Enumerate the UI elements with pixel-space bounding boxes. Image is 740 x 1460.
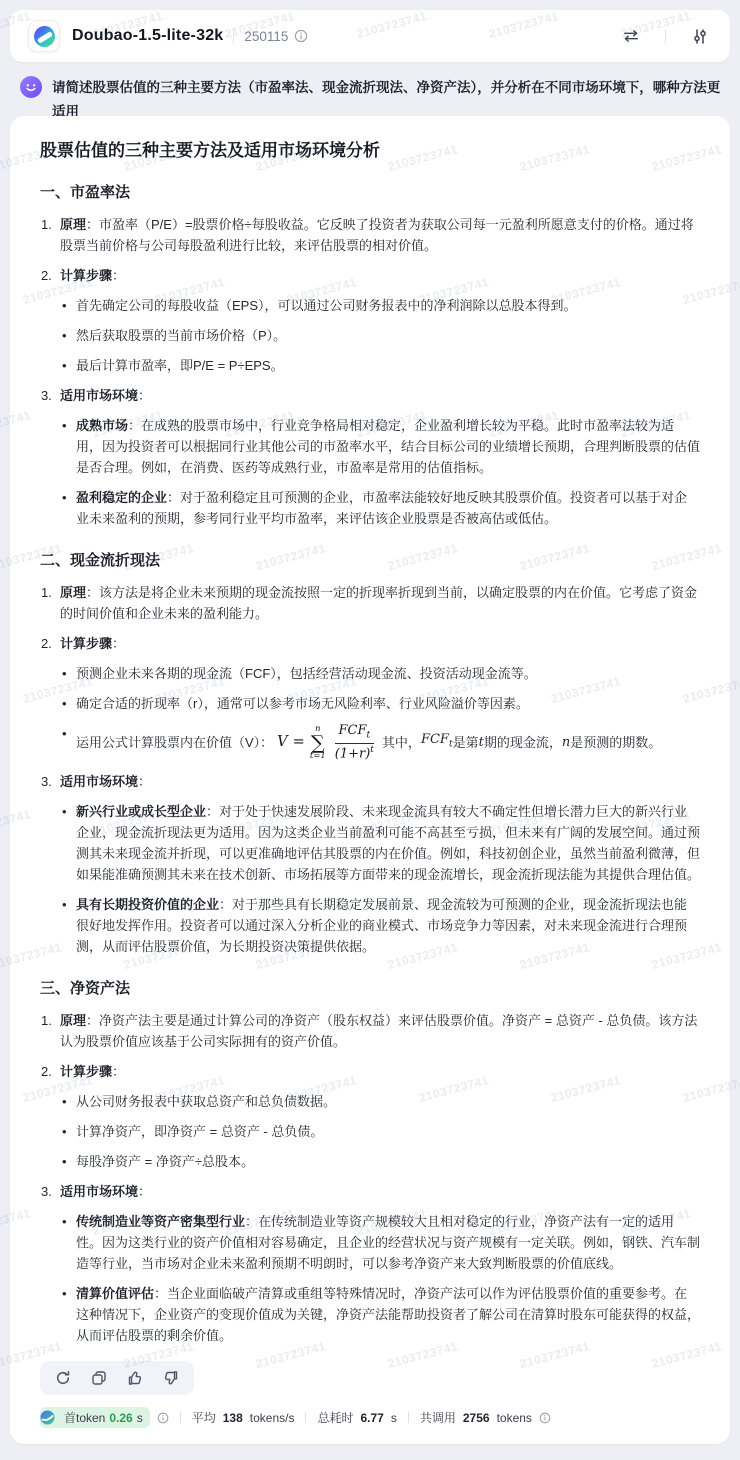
tokens-info-icon[interactable]: [539, 1412, 551, 1424]
item-text-body: ：: [138, 388, 151, 403]
bullet-lead: 清算价值评估: [76, 1286, 154, 1301]
item-label: 原理: [60, 1013, 86, 1028]
fraction: FCFt(1+r)t: [331, 723, 378, 762]
response-sections: 一、市盈率法原理：市盈率（P/E）=股票价格÷每股收益。它反映了投资者为获取公司…: [40, 181, 700, 1346]
bullet-item: 最后计算市盈率，即P/E = P÷EPS。: [60, 355, 700, 376]
bullet-lead: 盈利稳定的企业: [76, 490, 167, 505]
total-time-label: 总耗时: [317, 1409, 353, 1426]
formula-tail-text: 是预测的期数。: [570, 732, 661, 753]
bullet-item: 每股净资产 = 净资产÷总股本。: [60, 1151, 700, 1172]
bullet-item: 确定合适的折现率（r），通常可以参考市场无风险利率、行业风险溢价等因素。: [60, 693, 700, 714]
numbered-list: 原理：该方法是将企业未来预期的现金流按照一定的折现率折现到当前，以确定股票的内在…: [40, 582, 700, 957]
item-text: 计算步骤：: [60, 268, 125, 283]
regenerate-icon[interactable]: [55, 1370, 71, 1386]
speed-icon: [40, 1410, 55, 1425]
item-text: 适用市场环境：: [60, 388, 151, 403]
bullet-text: ：对于盈利稳定且可预测的企业，市盈率法能较好地反映其股票价值。投资者可以基于对企…: [76, 490, 687, 526]
list-item: 计算步骤：首先确定公司的每股收益（EPS），可以通过公司财务报表中的净利润除以总…: [40, 265, 700, 376]
response-section: 一、市盈率法原理：市盈率（P/E）=股票价格÷每股收益。它反映了投资者为获取公司…: [40, 181, 700, 529]
list-item: 原理：净资产法主要是通过计算公司的净资产（股东权益）来评估股票价值。净资产 = …: [40, 1010, 700, 1052]
numerator-subscript: t: [367, 731, 371, 741]
numbered-list: 原理：市盈率（P/E）=股票价格÷每股收益。它反映了投资者为获取公司每一元盈利所…: [40, 214, 700, 529]
list-item: 适用市场环境：成熟市场：在成熟的股票市场中，行业竞争格局相对稳定，企业盈利增长较…: [40, 385, 700, 529]
bullet-lead: 传统制造业等资产密集型行业: [76, 1214, 245, 1229]
item-text-body: ：: [112, 636, 125, 651]
item-text: 原理：市盈率（P/E）=股票价格÷每股收益。它反映了投资者为获取公司每一元盈利所…: [60, 217, 694, 253]
sum-symbol: n∑t=1: [310, 725, 326, 760]
item-text: 适用市场环境：: [60, 774, 151, 789]
bullet-item: 传统制造业等资产密集型行业：在传统制造业等资产规模较大且相对稳定的行业，净资产法…: [60, 1211, 700, 1274]
item-text-body: ：: [138, 774, 151, 789]
bullet-item: 具有长期投资价值的企业：对于那些具有长期稳定发展前景、现金流较为可预测的企业，现…: [60, 894, 700, 957]
item-text-body: ：: [138, 1184, 151, 1199]
bullet-text: 首先确定公司的每股收益（EPS），可以通过公司财务报表中的净利润除以总股本得到。: [76, 298, 577, 313]
denominator-exponent: t: [370, 745, 374, 755]
bullet-item: 新兴行业或成长型企业：对于处于快速发展阶段、未来现金流具有较大不确定性但增长潜力…: [60, 801, 700, 885]
item-text-body: ：该方法是将企业未来预期的现金流按照一定的折现率折现到当前，以确定股票的内在价值…: [60, 585, 697, 621]
list-item: 计算步骤：从公司财务报表中获取总资产和总负债数据。计算净资产，即净资产 = 总资…: [40, 1061, 700, 1172]
model-version: 250115: [244, 29, 288, 44]
bullet-text: 每股净资产 = 净资产÷总股本。: [76, 1154, 254, 1169]
bullet-item: 清算价值评估：当企业面临破产清算或重组等特殊情况时，净资产法可以作为评估股票价值…: [60, 1283, 700, 1346]
list-item: 原理：市盈率（P/E）=股票价格÷每股收益。它反映了投资者为获取公司每一元盈利所…: [40, 214, 700, 256]
bullet-lead: 具有长期投资价值的企业: [76, 897, 219, 912]
bullet-item: 从公司财务报表中获取总资产和总负债数据。: [60, 1091, 700, 1112]
item-text: 原理：该方法是将企业未来预期的现金流按照一定的折现率折现到当前，以确定股票的内在…: [60, 585, 697, 621]
bullet-item: 运用公式计算股票内在价值（V）：V=n∑t=1FCFt(1+r)t其中，FCFt…: [60, 723, 700, 762]
first-token-value: 0.26: [109, 1411, 132, 1425]
formula-equals: =: [293, 732, 305, 753]
response-section: 二、现金流折现法原理：该方法是将企业未来预期的现金流按照一定的折现率折现到当前，…: [40, 549, 700, 957]
bullet-list: 传统制造业等资产密集型行业：在传统制造业等资产规模较大且相对稳定的行业，净资产法…: [60, 1211, 700, 1346]
tokens-unit: tokens: [497, 1411, 532, 1425]
formula-tail-text: 期的现金流，: [484, 732, 562, 753]
stats-divider: [180, 1412, 181, 1423]
bullet-lead: 新兴行业或成长型企业: [76, 804, 206, 819]
item-text: 计算步骤：: [60, 636, 125, 651]
item-label: 计算步骤: [60, 636, 112, 651]
copy-icon[interactable]: [91, 1370, 107, 1386]
model-header: Doubao-1.5-lite-32k 250115: [10, 10, 730, 62]
bullet-lead: 成熟市场: [76, 418, 128, 433]
bullet-item: 首先确定公司的每股收益（EPS），可以通过公司财务报表中的净利润除以总股本得到。: [60, 295, 700, 316]
first-token-stat: 首token 0.26 s: [40, 1407, 150, 1428]
denominator-expr: (1+r): [335, 746, 371, 761]
total-time-value: 6.77: [360, 1411, 383, 1425]
inline-math-var: FCFt: [421, 729, 453, 756]
bullet-item: 然后获取股票的当前市场价格（P）。: [60, 325, 700, 346]
bullet-text: 然后获取股票的当前市场价格（P）。: [76, 328, 286, 343]
response-section: 三、净资产法原理：净资产法主要是通过计算公司的净资产（股东权益）来评估股票价值。…: [40, 977, 700, 1346]
fraction-numerator: FCFt: [335, 723, 375, 744]
item-label: 计算步骤: [60, 1064, 112, 1079]
section-heading: 二、现金流折现法: [40, 549, 700, 570]
bullet-list: 新兴行业或成长型企业：对于处于快速发展阶段、未来现金流具有较大不确定性但增长潜力…: [60, 801, 700, 957]
header-right-divider: [665, 29, 666, 43]
sum-lower-limit: t=1: [310, 752, 326, 761]
bullet-text: ：当企业面临破产清算或重组等特殊情况时，净资产法可以作为评估股票价值的重要参考。…: [76, 1286, 700, 1343]
user-avatar: [20, 76, 42, 98]
item-label: 原理: [60, 217, 86, 232]
formula-tail-text: 其中，: [382, 732, 421, 753]
bullet-text: 确定合适的折现率（r），通常可以参考市场无风险利率、行业风险溢价等因素。: [76, 696, 529, 711]
item-text-body: ：: [112, 1064, 125, 1079]
stats-divider: [305, 1412, 306, 1423]
parameters-sliders-icon[interactable]: [688, 24, 712, 48]
bullet-item: 计算净资产，即净资产 = 总资产 - 总负债。: [60, 1121, 700, 1142]
bullet-text: 从公司财务报表中获取总资产和总负债数据。: [76, 1094, 336, 1109]
numbered-list: 原理：净资产法主要是通过计算公司的净资产（股东权益）来评估股票价值。净资产 = …: [40, 1010, 700, 1346]
item-label: 计算步骤: [60, 268, 112, 283]
header-divider: [233, 29, 234, 43]
assistant-response-card: 股票估值的三种主要方法及适用市场环境分析 一、市盈率法原理：市盈率（P/E）=股…: [10, 116, 730, 1444]
numerator-var: FCF: [339, 723, 367, 738]
item-text-body: ：净资产法主要是通过计算公司的净资产（股东权益）来评估股票价值。净资产 = 总资…: [60, 1013, 697, 1049]
bullet-item: 预测企业未来各期的现金流（FCF），包括经营活动现金流、投资活动现金流等。: [60, 663, 700, 684]
bullet-list: 首先确定公司的每股收益（EPS），可以通过公司财务报表中的净利润除以总股本得到。…: [60, 295, 700, 376]
generation-stats: 首token 0.26 s 平均 138 tokens/s 总耗时 6.77 s…: [40, 1407, 700, 1428]
item-text-body: ：市盈率（P/E）=股票价格÷每股收益。它反映了投资者为获取公司每一元盈利所愿意…: [60, 217, 694, 253]
first-token-info-icon[interactable]: [157, 1412, 169, 1424]
thumbs-up-icon[interactable]: [127, 1370, 143, 1386]
formula-tail-text: 是第: [453, 732, 479, 753]
formula-lead: 运用公式计算股票内在价值（V）：: [76, 732, 273, 753]
item-label: 适用市场环境: [60, 1184, 138, 1199]
sigma-icon: ∑: [311, 734, 325, 752]
item-label: 原理: [60, 585, 86, 600]
bullet-text: 计算净资产，即净资产 = 总资产 - 总负债。: [76, 1124, 323, 1139]
bullet-list: 从公司财务报表中获取总资产和总负债数据。计算净资产，即净资产 = 总资产 - 总…: [60, 1091, 700, 1172]
model-info-icon[interactable]: [294, 29, 308, 43]
doubao-logo: [28, 20, 60, 52]
compare-models-icon[interactable]: [619, 24, 643, 48]
item-text: 适用市场环境：: [60, 1184, 151, 1199]
formula-lhs: V: [277, 732, 287, 753]
avg-speed-value: 138: [223, 1411, 243, 1425]
item-text: 计算步骤：: [60, 1064, 125, 1079]
item-label: 适用市场环境: [60, 388, 138, 403]
tokens-value: 2756: [463, 1411, 490, 1425]
item-text: 原理：净资产法主要是通过计算公司的净资产（股东权益）来评估股票价值。净资产 = …: [60, 1013, 697, 1049]
bullet-text: ：在成熟的股票市场中，行业竞争格局相对稳定，企业盈利增长较为平稳。此时市盈率法较…: [76, 418, 700, 475]
bullet-item: 成熟市场：在成熟的股票市场中，行业竞争格局相对稳定，企业盈利增长较为平稳。此时市…: [60, 415, 700, 478]
thumbs-down-icon[interactable]: [163, 1370, 179, 1386]
first-token-label: 首token: [64, 1409, 105, 1426]
section-heading: 一、市盈率法: [40, 181, 700, 202]
list-item: 计算步骤：预测企业未来各期的现金流（FCF），包括经营活动现金流、投资活动现金流…: [40, 633, 700, 762]
section-heading: 三、净资产法: [40, 977, 700, 998]
list-item: 原理：该方法是将企业未来预期的现金流按照一定的折现率折现到当前，以确定股票的内在…: [40, 582, 700, 624]
bullet-text: 最后计算市盈率，即P/E = P÷EPS。: [76, 358, 284, 373]
total-time-unit: s: [391, 1411, 397, 1425]
dcf-formula: V=n∑t=1FCFt(1+r)t: [277, 723, 378, 762]
item-text-body: ：: [112, 268, 125, 283]
bullet-list: 预测企业未来各期的现金流（FCF），包括经营活动现金流、投资活动现金流等。确定合…: [60, 663, 700, 762]
bullet-item: 盈利稳定的企业：对于盈利稳定且可预测的企业，市盈率法能较好地反映其股票价值。投资…: [60, 487, 700, 529]
bullet-list: 成熟市场：在成熟的股票市场中，行业竞争格局相对稳定，企业盈利增长较为平稳。此时市…: [60, 415, 700, 529]
fraction-denominator: (1+r)t: [331, 744, 378, 763]
inline-math-var: n: [562, 732, 570, 753]
first-token-unit: s: [137, 1411, 143, 1425]
bullet-text: 预测企业未来各期的现金流（FCF），包括经营活动现金流、投资活动现金流等。: [76, 666, 537, 681]
message-actions: [40, 1361, 194, 1395]
list-item: 适用市场环境：传统制造业等资产密集型行业：在传统制造业等资产规模较大且相对稳定的…: [40, 1181, 700, 1346]
response-title: 股票估值的三种主要方法及适用市场环境分析: [40, 136, 700, 161]
avg-speed-unit: tokens/s: [250, 1411, 295, 1425]
tokens-label: 共调用: [420, 1409, 456, 1426]
list-item: 适用市场环境：新兴行业或成长型企业：对于处于快速发展阶段、未来现金流具有较大不确…: [40, 771, 700, 957]
stats-divider: [408, 1412, 409, 1423]
avg-speed-label: 平均: [192, 1409, 216, 1426]
model-name: Doubao-1.5-lite-32k: [72, 27, 223, 45]
item-label: 适用市场环境: [60, 774, 138, 789]
